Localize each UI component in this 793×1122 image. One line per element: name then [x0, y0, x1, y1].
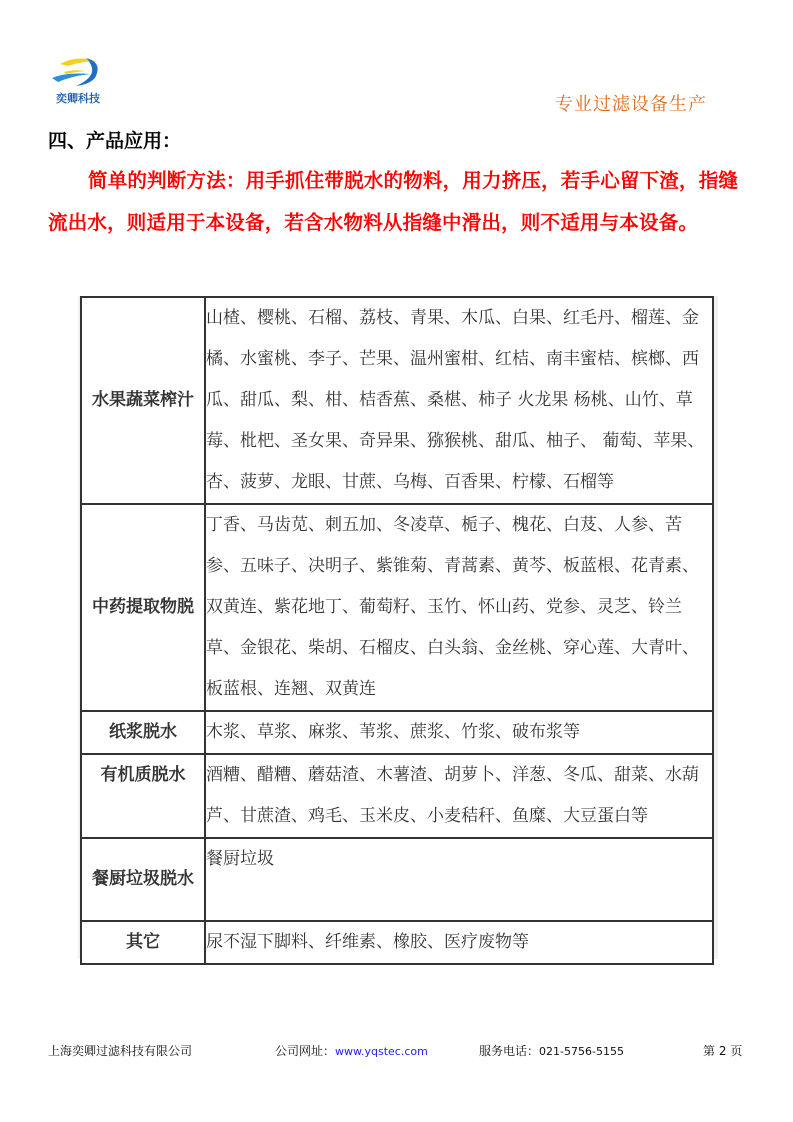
- footer-website: 公司网址：www.yqstec.com: [275, 1042, 428, 1059]
- items-cell: 山楂、樱桃、石榴、荔枝、青果、木瓜、白果、红毛丹、榴莲、金橘、水蜜桃、李子、芒果…: [205, 297, 713, 504]
- footer-phone: 服务电话：021-5756-5155: [479, 1042, 624, 1059]
- items-cell: 丁香、马齿苋、刺五加、冬凌草、栀子、槐花、白芨、人参、苦参、五味子、决明子、紫锥…: [205, 504, 713, 711]
- page-suffix: 页: [730, 1044, 742, 1058]
- table-row: 其它 尿不湿下脚料、纤维素、橡胶、医疗废物等: [81, 921, 713, 964]
- applications-table-container: 水果蔬菜榨汁 山楂、樱桃、石榴、荔枝、青果、木瓜、白果、红毛丹、榴莲、金橘、水蜜…: [78, 296, 718, 959]
- table-row: 水果蔬菜榨汁 山楂、樱桃、石榴、荔枝、青果、木瓜、白果、红毛丹、榴莲、金橘、水蜜…: [81, 297, 713, 504]
- phone-number: 021-5756-5155: [539, 1045, 624, 1058]
- website-link[interactable]: www.yqstec.com: [335, 1045, 428, 1058]
- header-tagline: 专业过滤设备生产: [555, 90, 707, 116]
- table-row: 有机质脱水 酒糟、醋糟、蘑菇渣、木薯渣、胡萝卜、洋葱、冬瓜、甜菜、水葫芦、甘蔗渣…: [81, 754, 713, 838]
- category-cell: 中药提取物脱: [81, 504, 205, 711]
- category-cell: 餐厨垃圾脱水: [81, 838, 205, 921]
- category-cell: 纸浆脱水: [81, 711, 205, 754]
- table-row: 纸浆脱水 木浆、草浆、麻浆、苇浆、蔗浆、竹浆、破布浆等: [81, 711, 713, 754]
- company-logo: 奕卿科技: [46, 52, 110, 112]
- judgement-method-paragraph: 简单的判断方法：用手抓住带脱水的物料，用力挤压，若手心留下渣，指缝流出水，则适用…: [48, 160, 748, 244]
- page-number: 第 2 页: [703, 1042, 742, 1059]
- items-cell: 餐厨垃圾: [205, 838, 713, 921]
- table-row: 中药提取物脱 丁香、马齿苋、刺五加、冬凌草、栀子、槐花、白芨、人参、苦参、五味子…: [81, 504, 713, 711]
- applications-table: 水果蔬菜榨汁 山楂、樱桃、石榴、荔枝、青果、木瓜、白果、红毛丹、榴莲、金橘、水蜜…: [80, 296, 714, 965]
- phone-label: 服务电话：: [479, 1044, 539, 1058]
- table-row: 餐厨垃圾脱水 餐厨垃圾: [81, 838, 713, 921]
- logo-text: 奕卿科技: [46, 90, 110, 106]
- page-prefix: 第: [703, 1044, 715, 1058]
- website-label: 公司网址：: [275, 1044, 335, 1058]
- items-cell: 尿不湿下脚料、纤维素、橡胶、医疗废物等: [205, 921, 713, 964]
- page-number-value: 2: [719, 1044, 727, 1058]
- category-cell: 其它: [81, 921, 205, 964]
- globe-orbit-logo-icon: [46, 52, 110, 92]
- category-cell: 有机质脱水: [81, 754, 205, 838]
- items-cell: 木浆、草浆、麻浆、苇浆、蔗浆、竹浆、破布浆等: [205, 711, 713, 754]
- footer-company: 上海奕卿过滤科技有限公司: [48, 1042, 192, 1059]
- items-cell: 酒糟、醋糟、蘑菇渣、木薯渣、胡萝卜、洋葱、冬瓜、甜菜、水葫芦、甘蔗渣、鸡毛、玉米…: [205, 754, 713, 838]
- category-cell: 水果蔬菜榨汁: [81, 297, 205, 504]
- section-title: 四、产品应用：: [48, 126, 181, 153]
